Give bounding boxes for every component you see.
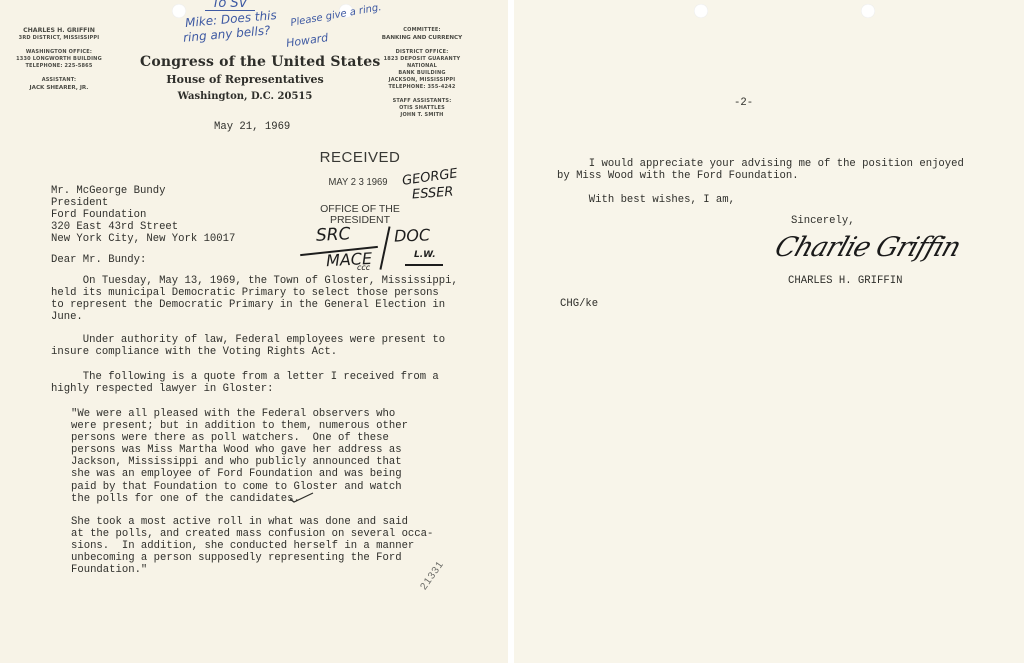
body-paragraph-2: Under authority of law, Federal employee…	[51, 334, 445, 358]
recipient-line: New York City, New York 10017	[51, 233, 235, 245]
body-line: The following is a quote from a letter I…	[51, 371, 439, 383]
signature: Charlie Griffin	[771, 232, 964, 263]
handwritten-note-signature: Howard	[285, 31, 329, 50]
washington-office-address: 1330 LONGWORTH BUILDING	[14, 56, 104, 63]
washington-office-phone: TELEPHONE: 225-5865	[14, 63, 104, 70]
staff-assistant-1: OTIS SHATTLES	[372, 105, 472, 112]
typed-name: CHARLES H. GRIFFIN	[788, 275, 902, 287]
quote-paragraph-2: She took a most active roll in what was …	[71, 516, 433, 576]
committee-label: COMMITTEE:	[372, 27, 472, 34]
received-stamp-date: MAY 2 3 1969	[324, 176, 392, 188]
body-line: On Tuesday, May 13, 1969, the Town of Gl…	[51, 275, 458, 287]
reference-initials: CHG/ke	[560, 298, 598, 310]
letterhead-city: Washington, D.C. 20515	[140, 91, 350, 102]
district-office-line3: JACKSON, MISSISSIPPI	[372, 77, 472, 84]
quote-line: at the polls, and created mass confusion…	[71, 528, 433, 540]
recipient-address: Mr. McGeorge Bundy President Ford Founda…	[51, 185, 235, 245]
letter-page-1: CHARLES H. GRIFFIN 3RD DISTRICT, MISSISS…	[0, 0, 508, 663]
quote-line: paid by that Foundation to come to Glost…	[71, 481, 408, 493]
recipient-line: Ford Foundation	[51, 209, 235, 221]
recipient-line: President	[51, 197, 235, 209]
district-office-phone: TELEPHONE: 355-4242	[372, 84, 472, 91]
punch-hole	[694, 4, 708, 18]
quote-paragraph-1: "We were all pleased with the Federal ob…	[71, 408, 408, 505]
salutation: Dear Mr. Bundy:	[51, 254, 146, 266]
letterhead-right: COMMITTEE: BANKING AND CURRENCY DISTRICT…	[372, 27, 472, 119]
quote-line: unbecoming a person supposedly represent…	[71, 552, 433, 564]
quote-line: "We were all pleased with the Federal ob…	[71, 408, 408, 420]
quote-line: persons was Miss Martha Wood who gave he…	[71, 444, 408, 456]
quote-line: persons were there as poll watchers. One…	[71, 432, 408, 444]
page-number: -2-	[734, 97, 753, 109]
district-office-line1: 1823 DEPOSIT GUARANTY NATIONAL	[372, 56, 472, 70]
quote-line: Foundation."	[71, 564, 433, 576]
recipient-line: 320 East 43rd Street	[51, 221, 235, 233]
quote-line: were present; but in addition to them, n…	[71, 420, 408, 432]
routing-name-esser: ESSER	[412, 185, 454, 203]
letterhead-left: CHARLES H. GRIFFIN 3RD DISTRICT, MISSISS…	[14, 27, 104, 92]
letter-date: May 21, 1969	[214, 121, 290, 133]
body-paragraph-3: The following is a quote from a letter I…	[51, 371, 439, 395]
body-line: June.	[51, 311, 458, 323]
routing-slash	[379, 226, 390, 269]
routing-ccc: ccc	[357, 263, 370, 272]
congressman-name: CHARLES H. GRIFFIN	[14, 27, 104, 35]
page2-paragraph-2: With best wishes, I am,	[557, 194, 735, 206]
checkmark-icon	[289, 492, 315, 504]
washington-office-label: WASHINGTON OFFICE:	[14, 49, 104, 56]
district-office-line2: BANK BUILDING	[372, 70, 472, 77]
body-line: by Miss Wood with the Ford Foundation.	[557, 170, 964, 182]
routing-lw: L.W.	[414, 250, 436, 260]
received-stamp-office-line2: PRESIDENT	[300, 214, 420, 226]
quote-line: She took a most active roll in what was …	[71, 516, 433, 528]
assistant-label: ASSISTANT:	[14, 77, 104, 84]
letter-page-2: -2- I would appreciate your advising me …	[514, 0, 1024, 663]
assistant-name: JACK SHEARER, JR.	[14, 84, 104, 92]
recipient-line: Mr. McGeorge Bundy	[51, 185, 235, 197]
quote-line: Jackson, Mississippi and who publicly an…	[71, 456, 408, 468]
letterhead-house-title: House of Representatives	[140, 73, 350, 86]
closing: Sincerely,	[791, 215, 855, 227]
routing-doc: DOC	[394, 225, 431, 245]
district-office-label: DISTRICT OFFICE:	[372, 49, 472, 56]
body-line: to represent the Democratic Primary in t…	[51, 299, 458, 311]
body-paragraph-1: On Tuesday, May 13, 1969, the Town of Gl…	[51, 275, 458, 323]
quote-line: the polls for one of the candidates.	[71, 493, 408, 505]
page2-paragraph-1: I would appreciate your advising me of t…	[557, 158, 964, 182]
staff-assistant-2: JOHN T. SMITH	[372, 112, 472, 119]
staff-label: STAFF ASSISTANTS:	[372, 98, 472, 105]
routing-underline	[405, 264, 443, 266]
routing-src: SRC	[316, 224, 351, 246]
punch-hole	[861, 4, 875, 18]
quote-line: sions. In addition, she conducted hersel…	[71, 540, 433, 552]
letterhead-congress-title: Congress of the United States	[140, 54, 350, 70]
body-line: Under authority of law, Federal employee…	[51, 334, 445, 346]
committee-name: BANKING AND CURRENCY	[372, 34, 472, 42]
body-line: I would appreciate your advising me of t…	[557, 158, 964, 170]
handwritten-note-line3: Please give a ring.	[290, 2, 383, 29]
received-stamp-title: RECEIVED	[300, 149, 420, 166]
body-line: insure compliance with the Voting Rights…	[51, 346, 445, 358]
body-line: held its municipal Democratic Primary to…	[51, 287, 458, 299]
body-line: highly respected lawyer in Gloster:	[51, 383, 439, 395]
quote-line: she was an employee of Ford Foundation a…	[71, 468, 408, 480]
congressman-district: 3RD DISTRICT, MISSISSIPPI	[14, 35, 104, 42]
